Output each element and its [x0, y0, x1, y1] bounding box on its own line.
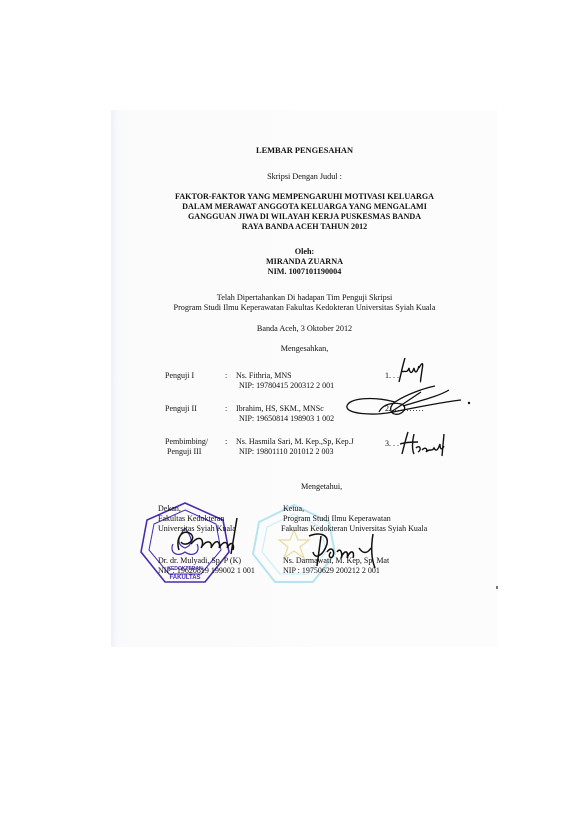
examiner-nip: NIP: 19650814 198903 1 002	[239, 414, 334, 424]
program-statement: Program Studi Ilmu Keperawatan Fakultas …	[111, 303, 498, 313]
signature-examiner-3	[396, 428, 451, 458]
thesis-title-line: RAYA BANDA ACEH TAHUN 2012	[111, 222, 498, 232]
signature-examiner-2	[343, 382, 473, 422]
examiner-nip: NIP: 19780415 200312 2 001	[239, 381, 334, 391]
by-label: Oleh:	[111, 247, 498, 257]
author-name: MIRANDA ZUARNA	[111, 257, 498, 267]
thesis-title-line: DALAM MERAWAT ANGGOTA KELUARGA YANG MENG…	[111, 202, 498, 212]
place-date: Banda Aceh, 3 Oktober 2012	[111, 324, 498, 334]
subtitle: Skripsi Dengan Judul :	[111, 172, 498, 182]
colon: :	[225, 404, 227, 414]
examiner-role-line-2: Penguji III	[167, 447, 201, 457]
scanned-page: LEMBAR PENGESAHAN Skripsi Dengan Judul :…	[111, 110, 498, 647]
approved-label: Mengesahkan,	[111, 344, 498, 354]
dean-title: Dekan,	[158, 504, 181, 514]
defense-statement: Telah Dipertahankan Di hadapan Tim Pengu…	[111, 293, 498, 303]
examiner-name: Ns. Fithria, MNS	[236, 371, 292, 381]
examiner-role: Pembimbing/	[165, 437, 208, 447]
examiner-name: Ibrahim, HS, SKM., MNSc	[236, 404, 324, 414]
examiner-nip: NIP: 19801110 201012 2 003	[239, 447, 334, 457]
colon: :	[225, 437, 227, 447]
program-name: Program Studi Ilmu Keperawatan	[283, 514, 391, 524]
colon: :	[225, 371, 227, 381]
scan-mark	[496, 586, 498, 589]
program-head-title: Ketua,	[283, 504, 304, 514]
author-nim: NIM. 1007101190004	[111, 267, 498, 277]
signature-program-head	[301, 530, 391, 570]
page-heading: LEMBAR PENGESAHAN	[111, 146, 498, 156]
thesis-title-line: FAKTOR-FAKTOR YANG MEMPENGARUHI MOTIVASI…	[111, 192, 498, 202]
examiner-role: Penguji I	[165, 371, 194, 381]
dean-nip: NIP : 19620819 199002 1 001	[158, 566, 255, 576]
acknowledged-label: Mengetahui,	[301, 482, 342, 492]
signature-dean	[161, 514, 251, 558]
thesis-title-line: GANGGUAN JIWA DI WILAYAH KERJA PUSKESMAS…	[111, 212, 498, 222]
examiner-role: Penguji II	[165, 404, 197, 414]
examiner-name: Ns. Hasmila Sari, M. Kep.,Sp, Kep.J	[236, 437, 354, 447]
